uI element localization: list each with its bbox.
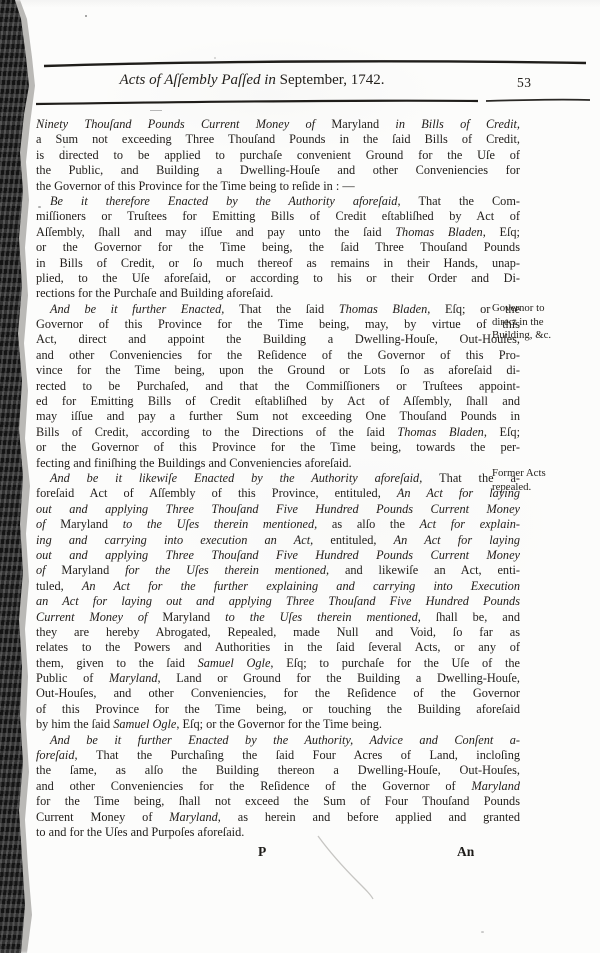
margin-note: Former Actsrepealed. <box>492 467 592 494</box>
text-line: of this Province for the Time being, or … <box>36 702 520 717</box>
text-line: rected to be Purchaſed, and that the Com… <box>36 379 520 394</box>
text-segment: a Sum not exceeding Three Thouſand Pound… <box>36 132 520 146</box>
text-segment: of <box>36 563 61 577</box>
text-segment: , Eſq; or the Governor for the Time bein… <box>176 717 382 731</box>
margin-note-line: repealed. <box>492 481 592 495</box>
text-line: foreſaid Act of Aſſembly of this Provinc… <box>36 486 520 501</box>
text-segment: the ſame, as alſo the Building thereon a… <box>36 763 520 777</box>
text-segment: they are hereby Abrogated, Repealed, mad… <box>36 625 520 639</box>
text-segment: for the Uſes therein mentioned, <box>125 563 345 577</box>
text-line: fecting and finiſhing the Buildings and … <box>36 456 520 471</box>
running-header-title-italic: Acts of Aſſembly Paſſed in <box>120 72 280 88</box>
text-segment: Public of <box>36 671 109 685</box>
ink-speck <box>63 146 65 148</box>
text-segment: And be it further Enacted, <box>50 302 239 316</box>
margin-note-line: Governor to <box>492 302 592 316</box>
text-line: the Public, and Building a Dwelling-Houſ… <box>36 163 520 178</box>
text-segment: Thomas Bladen <box>397 425 483 439</box>
text-line: rections for the Purchaſe and Building a… <box>36 286 520 301</box>
text-line: of Maryland to the Uſes therein mentione… <box>36 517 520 532</box>
text-segment: Aſſembly, ſhall and may iſſue and pay un… <box>36 225 395 239</box>
text-segment: and other Conveniencies for the Reſidenc… <box>36 348 520 362</box>
signature-mark: P <box>258 844 266 860</box>
body-text: Ninety Thouſand Pounds Current Money of … <box>36 117 520 840</box>
text-line: Aſſembly, ſhall and may iſſue and pay un… <box>36 225 520 240</box>
text-line: miſſioners or Truſtees for Emitting Bill… <box>36 209 520 224</box>
text-line: Public of Maryland, Land or Ground for t… <box>36 671 520 686</box>
text-segment: , as herein and before applied and grant… <box>218 810 520 824</box>
text-segment: Act, direct and appoint the Building a D… <box>36 332 520 346</box>
text-line: is directed to be applied to purchaſe co… <box>36 148 520 163</box>
text-line: for the Time being, ſhall not exceed the… <box>36 794 520 809</box>
text-segment: ed for Emitting Bills of Credit eſtabliſ… <box>36 394 520 408</box>
text-segment: ing and carrying into execution an Act, <box>36 533 330 547</box>
text-line: of Maryland for the Uſes therein mention… <box>36 563 520 578</box>
text-line: And be it further Enacted, That the ſaid… <box>36 302 520 317</box>
text-segment: to the Uſes therein mentioned, <box>225 610 436 624</box>
text-line: the Governor of this Province for the Ti… <box>36 179 520 194</box>
text-segment: Maryland <box>60 517 122 531</box>
text-segment: or the Governor for the Time being, the … <box>36 240 520 254</box>
text-line: And be it likewiſe Enacted by the Author… <box>36 471 520 486</box>
text-line: plied, to the Uſe aforeſaid, or accordin… <box>36 271 520 286</box>
ink-speck <box>85 15 87 17</box>
text-segment: Maryland <box>331 117 395 131</box>
margin-notes: Governor todirect in theBuilding, &c.For… <box>492 0 594 953</box>
text-segment: out and applying Three Thouſand Five Hun… <box>36 502 520 516</box>
text-line: Ninety Thouſand Pounds Current Money of … <box>36 117 520 132</box>
text-segment: That the Purchaſing the ſaid Four Acres … <box>96 748 520 762</box>
text-segment: is directed to be applied to purchaſe co… <box>36 148 520 162</box>
text-segment: an Act for laying out and applying Three… <box>36 594 520 608</box>
text-segment: relates to the Powers and Authorities in… <box>36 640 520 654</box>
text-segment: Maryland <box>61 563 125 577</box>
text-segment: Thomas Bladen <box>395 225 482 239</box>
text-line: an Act for laying out and applying Three… <box>36 594 520 609</box>
text-line: Bills of Credit, according to the Direct… <box>36 425 520 440</box>
text-segment: Ninety Thouſand Pounds Current Money of <box>36 117 331 131</box>
text-line: Governor of this Province for the Time b… <box>36 317 520 332</box>
text-segment: And be it further Enacted by the Authori… <box>50 733 520 747</box>
text-segment: Out-Houſes, and other Conveniencies, for… <box>36 686 520 700</box>
text-line: Be it therefore Enacted by the Authority… <box>36 194 520 209</box>
text-line: a Sum not exceeding Three Thouſand Pound… <box>36 132 520 147</box>
text-line: may iſſue and pay a further Sum not exce… <box>36 409 520 424</box>
text-line: the ſame, as alſo the Building thereon a… <box>36 763 520 778</box>
text-line: ing and carrying into execution an Act, … <box>36 533 520 548</box>
text-segment: vince for the Time being, upon the Groun… <box>36 363 520 377</box>
text-segment: the Public, and Building a Dwelling-Houſ… <box>36 163 520 177</box>
catchword: An <box>457 844 474 860</box>
text-line: or the Governor of this Province for the… <box>36 440 520 455</box>
header-rule-bottom <box>36 101 478 104</box>
text-line: relates to the Powers and Authorities in… <box>36 640 520 655</box>
margin-note: Governor todirect in theBuilding, &c. <box>492 302 592 343</box>
text-segment: out and applying Three Thouſand Five Hun… <box>36 548 520 562</box>
text-line: And be it further Enacted by the Authori… <box>36 733 520 748</box>
text-segment: to the Uſes therein mentioned, <box>123 517 332 531</box>
text-segment: may iſſue and pay a further Sum not exce… <box>36 409 520 423</box>
text-segment: by him the ſaid <box>36 717 113 731</box>
margin-note-line: Building, &c. <box>492 329 592 343</box>
text-segment: the Governor of this Province for the Ti… <box>36 179 355 193</box>
text-segment: of <box>36 517 60 531</box>
running-header: Acts of Aſſembly Paſſed in September, 17… <box>36 72 520 89</box>
text-segment: Current Money of <box>36 610 162 624</box>
text-segment: Maryland <box>169 810 218 824</box>
text-segment: , Eſq; to purchaſe for the Uſe of the <box>270 656 520 670</box>
text-segment: And be it likewiſe Enacted by the Author… <box>50 471 439 485</box>
text-line: out and applying Three Thouſand Five Hun… <box>36 548 520 563</box>
text-segment: Maryland <box>109 671 158 685</box>
text-segment: to and for the Uſes and Purpoſes aforeſa… <box>36 825 244 839</box>
text-line: in Bills of Credit, or ſo much thereof a… <box>36 256 520 271</box>
text-line: vince for the Time being, upon the Groun… <box>36 363 520 378</box>
text-segment: as alſo the <box>332 517 420 531</box>
text-segment: for the Time being, ſhall not exceed the… <box>36 794 520 808</box>
text-segment: fecting and finiſhing the Buildings and … <box>36 456 352 470</box>
text-segment: Thomas Bladen <box>339 302 427 316</box>
text-segment: Be it therefore Enacted by the Authority… <box>50 194 419 208</box>
text-segment: Governor of this Province for the Time b… <box>36 317 520 331</box>
text-segment: Bills of Credit, according to the Direct… <box>36 425 397 439</box>
crease-line <box>318 836 373 899</box>
text-segment: in Bills of Credit, or ſo much thereof a… <box>36 256 520 270</box>
text-line: them, given to the ſaid Samuel Ogle, Eſq… <box>36 656 520 671</box>
text-segment: them, given to the ſaid <box>36 656 198 670</box>
text-segment: Current Money of <box>36 810 169 824</box>
text-segment: tuled, <box>36 579 82 593</box>
text-line: Out-Houſes, and other Conveniencies, for… <box>36 686 520 701</box>
text-line: Act, direct and appoint the Building a D… <box>36 332 520 347</box>
text-line: by him the ſaid Samuel Ogle, Eſq; or the… <box>36 717 520 732</box>
text-segment: rected to be Purchaſed, and that the Com… <box>36 379 520 393</box>
text-segment: Samuel Ogle <box>113 717 176 731</box>
text-segment: or the Governor of this Province for the… <box>36 440 520 454</box>
ink-speck <box>481 931 484 933</box>
text-segment: That the ſaid <box>239 302 339 316</box>
ink-speck <box>214 57 216 59</box>
text-line: Current Money of Maryland to the Uſes th… <box>36 610 520 625</box>
margin-note-line: direct in the <box>492 316 592 330</box>
text-line: or the Governor for the Time being, the … <box>36 240 520 255</box>
text-line: foreſaid, That the Purchaſing the ſaid F… <box>36 748 520 763</box>
page: Acts of Aſſembly Paſſed in September, 17… <box>0 0 600 953</box>
text-line: tuled, An Act for the further explaining… <box>36 579 520 594</box>
text-segment: Samuel Ogle <box>198 656 271 670</box>
text-segment: foreſaid, <box>36 748 96 762</box>
text-line: and other Conveniencies for the Reſidenc… <box>36 348 520 363</box>
text-segment: of this Province for the Time being, or … <box>36 702 520 716</box>
text-line: Current Money of Maryland, as herein and… <box>36 810 520 825</box>
text-segment: foreſaid Act of Aſſembly of this Provinc… <box>36 486 397 500</box>
text-line: they are hereby Abrogated, Repealed, mad… <box>36 625 520 640</box>
text-segment: Maryland <box>162 610 225 624</box>
text-segment: and other Conveniencies for the Reſidenc… <box>36 779 472 793</box>
text-line: to and for the Uſes and Purpoſes aforeſa… <box>36 825 520 840</box>
text-segment: rections for the Purchaſe and Building a… <box>36 286 273 300</box>
text-line: and other Conveniencies for the Reſidenc… <box>36 779 520 794</box>
text-segment: entituled, <box>330 533 393 547</box>
text-segment: An Act for the further explaining and ca… <box>82 579 520 593</box>
text-segment: , Land or Ground for the Building a Dwel… <box>158 671 520 685</box>
ink-speck <box>38 206 41 208</box>
text-segment: miſſioners or Truſtees for Emitting Bill… <box>36 209 520 223</box>
text-line: out and applying Three Thouſand Five Hun… <box>36 502 520 517</box>
text-line: ed for Emitting Bills of Credit eſtabliſ… <box>36 394 520 409</box>
running-header-title-roman: September, 1742. <box>280 72 385 88</box>
text-segment: plied, to the Uſe aforeſaid, or accordin… <box>36 271 520 285</box>
margin-note-line: Former Acts <box>492 467 592 481</box>
ink-speck <box>150 110 162 111</box>
